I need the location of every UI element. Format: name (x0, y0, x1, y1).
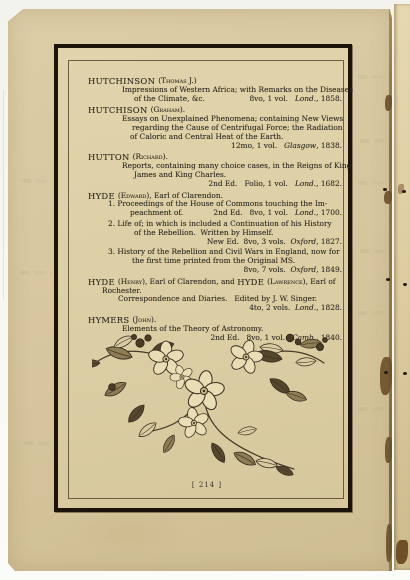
catalog-entry: HUTCHINSON (Thomas J.)Impressions of Wes… (88, 77, 342, 103)
book-page: HUTCHINSON (Thomas J.)Impressions of Wes… (8, 9, 392, 571)
entry-line: peachment of.2nd Ed. 8vo, 1 vol. Lond., … (88, 209, 342, 218)
catalog-entry: HYDE (Edward), Earl of Clarendon.1. Proc… (88, 192, 342, 275)
bleedthrough-text (358, 181, 388, 185)
wormhole (383, 188, 387, 191)
page-number: [ 214 ] (68, 481, 346, 489)
wormhole (403, 372, 407, 375)
wormhole (403, 283, 407, 286)
floral-tailpiece-engraving (92, 327, 328, 479)
foxing-stain (68, 509, 188, 559)
bleedthrough-text (22, 179, 52, 183)
entry-line: 4to, 2 vols. Lond., 1828. (88, 304, 342, 313)
bleedthrough-text (360, 249, 386, 253)
bleedthrough-text (358, 311, 386, 315)
entry-line: New Ed. 8vo, 3 vols. Oxford, 1827. (88, 238, 342, 247)
torn-paper-chunk (396, 540, 408, 564)
adjacent-page-edge (394, 4, 410, 570)
page-torn-edge (389, 9, 393, 571)
edge-tear (384, 191, 392, 204)
entry-line: 8vo, 7 vols. Oxford, 1849. (88, 266, 342, 275)
wormhole (384, 371, 388, 374)
edge-tear (385, 95, 392, 111)
edge-tear (385, 437, 392, 463)
bleedthrough-text (20, 271, 52, 275)
background-crease (3, 90, 4, 300)
edge-tear (386, 524, 392, 562)
catalog-entry: HYDE (Henry), Earl of Clarendon, and HYD… (88, 278, 342, 313)
entry-line: 2nd Ed. Folio, 1 vol. Lond., 1682. (88, 180, 342, 189)
edge-tear (380, 357, 392, 395)
wormhole (402, 190, 406, 193)
catalog-entries: HUTCHINSON (Thomas J.)Impressions of Wes… (88, 77, 342, 345)
catalog-entry: HUTTON (Richard).Reports, containing man… (88, 153, 342, 188)
wormhole (386, 278, 390, 281)
bleedthrough-text (24, 441, 52, 445)
bleedthrough-text (358, 75, 386, 79)
entry-line: 12mo, 1 vol. Glasgow, 1838. (88, 142, 342, 151)
bleedthrough-text (360, 139, 386, 143)
catalog-entry: HUTCHISON (Graham).Essays on Unexplained… (88, 106, 342, 150)
entry-line: of the Climate, &c.8vo, 1 vol. Lond., 18… (88, 95, 342, 104)
scanned-photo: HUTCHINSON (Thomas J.)Impressions of Wes… (0, 0, 410, 580)
bleedthrough-text (358, 407, 386, 411)
